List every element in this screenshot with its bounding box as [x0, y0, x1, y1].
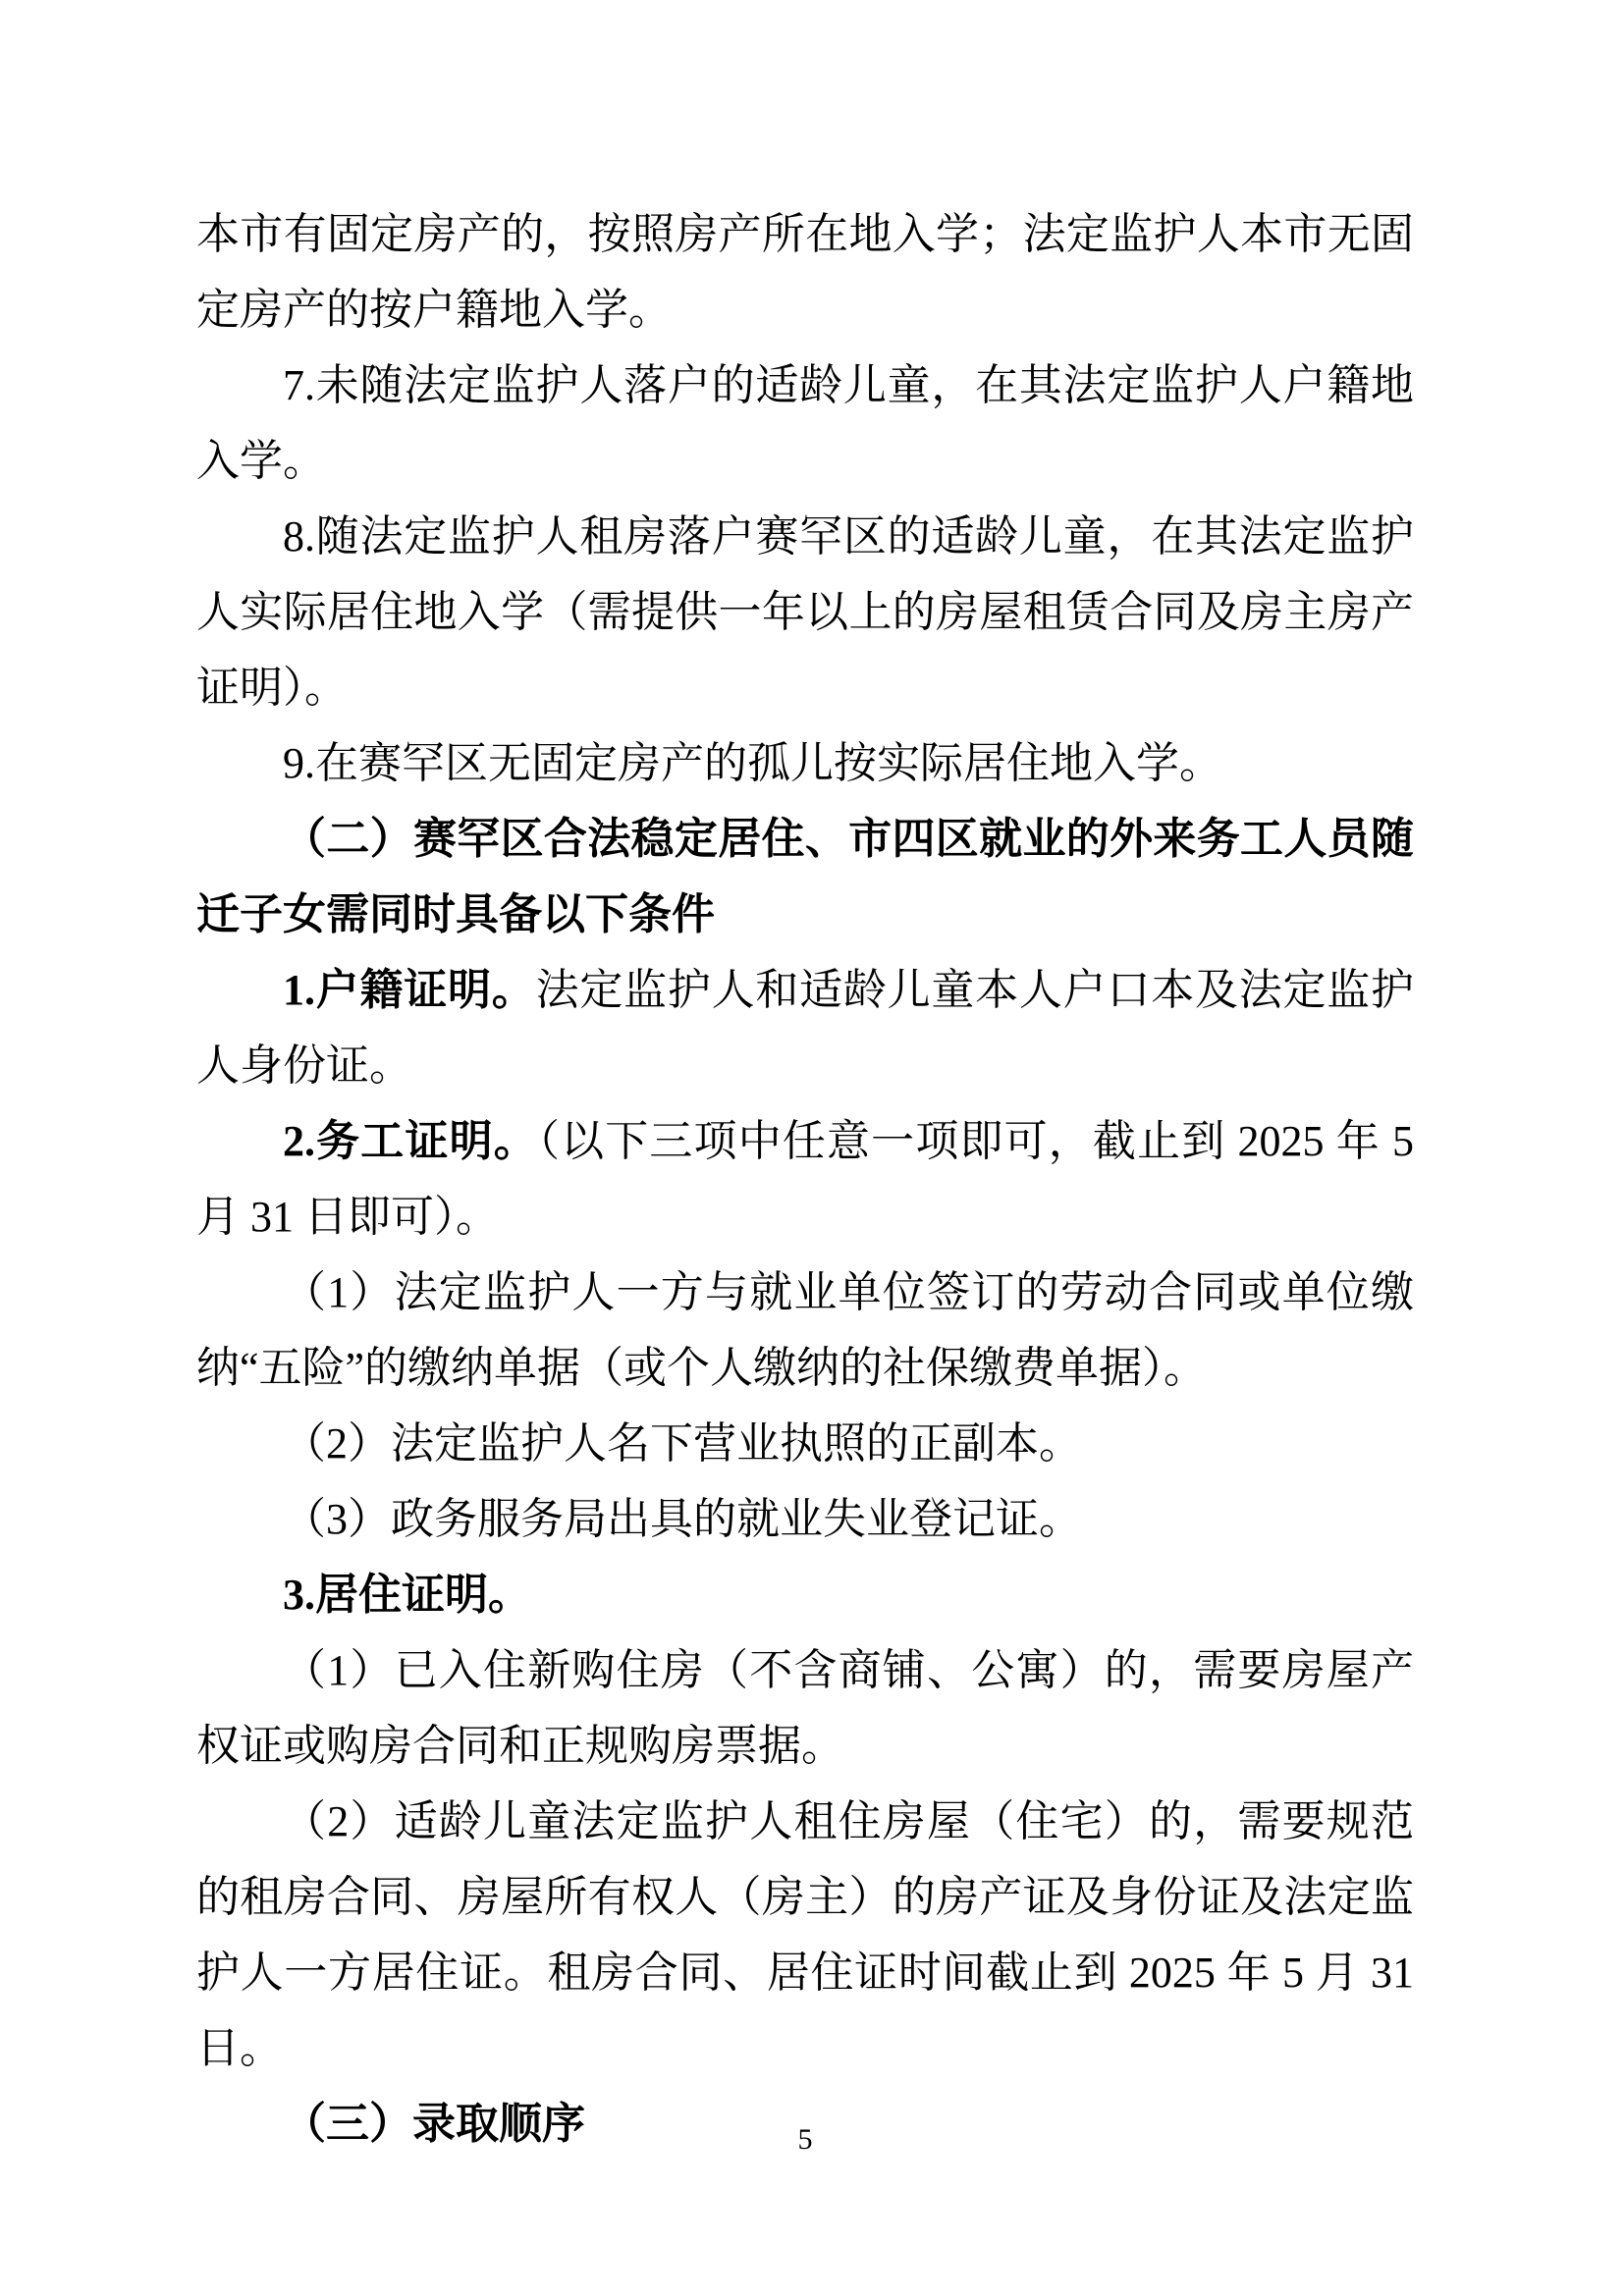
document-body: 本市有固定房产的，按照房产所在地入学；法定监护人本市无固定房产的按户籍地入学。7… — [196, 196, 1414, 2162]
text-run: （1）已入住新购住房（不含商铺、公寓）的，需要房屋产权证或购房合同和正规购房票据… — [196, 1646, 1414, 1770]
text-run: （2）适龄儿童法定监护人租住房屋（住宅）的，需要规范的租房合同、房屋所有权人（房… — [196, 1797, 1414, 2072]
text-run: （3）政务服务局出具的就业失业登记证。 — [283, 1495, 1082, 1543]
text-run-bold: （二）赛罕区合法稳定居住、市四区就业的外来务工人员随迁子女需同时具备以下条件 — [196, 815, 1414, 938]
heading-paragraph: （二）赛罕区合法稳定居住、市四区就业的外来务工人员随迁子女需同时具备以下条件 — [196, 801, 1414, 952]
page-number: 5 — [798, 2123, 813, 2156]
document-page: 本市有固定房产的，按照房产所在地入学；法定监护人本市无固定房产的按户籍地入学。7… — [0, 0, 1624, 2296]
text-run-bold: 1.户籍证明。 — [283, 966, 536, 1014]
paragraph: 2.务工证明。（以下三项中任意一项即可，截止到 2025 年 5 月 31 日即… — [196, 1103, 1414, 1255]
paragraph: 7.未随法定监护人落户的适龄儿童，在其法定监护人户籍地入学。 — [196, 347, 1414, 499]
paragraph: （3）政务服务局出具的就业失业登记证。 — [196, 1481, 1414, 1557]
heading-paragraph: 3.居住证明。 — [196, 1557, 1414, 1632]
paragraph: （1）法定监护人一方与就业单位签订的劳动合同或单位缴纳“五险”的缴纳单据（或个人… — [196, 1255, 1414, 1406]
text-run: （2）法定监护人名下营业执照的正副本。 — [283, 1419, 1082, 1468]
paragraph: （2）适龄儿童法定监护人租住房屋（住宅）的，需要规范的租房合同、房屋所有权人（房… — [196, 1784, 1414, 2086]
text-run: （1）法定监护人一方与就业单位签订的劳动合同或单位缴纳“五险”的缴纳单据（或个人… — [196, 1268, 1414, 1392]
paragraph: （2）法定监护人名下营业执照的正副本。 — [196, 1406, 1414, 1481]
paragraph: 8.随法定监护人租房落户赛罕区的适龄儿童，在其法定监护人实际居住地入学（需提供一… — [196, 499, 1414, 725]
paragraph: 9.在赛罕区无固定房产的孤儿按实际居住地入学。 — [196, 725, 1414, 801]
paragraph: 本市有固定房产的，按照房产所在地入学；法定监护人本市无固定房产的按户籍地入学。 — [196, 196, 1414, 347]
text-run-bold: 2.务工证明。 — [283, 1117, 538, 1165]
text-run: 本市有固定房产的，按照房产所在地入学；法定监护人本市无固定房产的按户籍地入学。 — [196, 210, 1414, 334]
text-run: 7.未随法定监护人落户的适龄儿童，在其法定监护人户籍地入学。 — [196, 361, 1414, 485]
paragraph: 1.户籍证明。法定监护人和适龄儿童本人户口本及法定监护人身份证。 — [196, 952, 1414, 1103]
text-run: 9.在赛罕区无固定房产的孤儿按实际居住地入学。 — [283, 739, 1222, 787]
page-footer: 5 — [196, 2122, 1414, 2158]
text-run-bold: 3.居住证明。 — [283, 1571, 531, 1619]
paragraph: （1）已入住新购住房（不含商铺、公寓）的，需要房屋产权证或购房合同和正规购房票据… — [196, 1632, 1414, 1784]
text-run: 8.随法定监护人租房落户赛罕区的适龄儿童，在其法定监护人实际居住地入学（需提供一… — [196, 512, 1414, 712]
